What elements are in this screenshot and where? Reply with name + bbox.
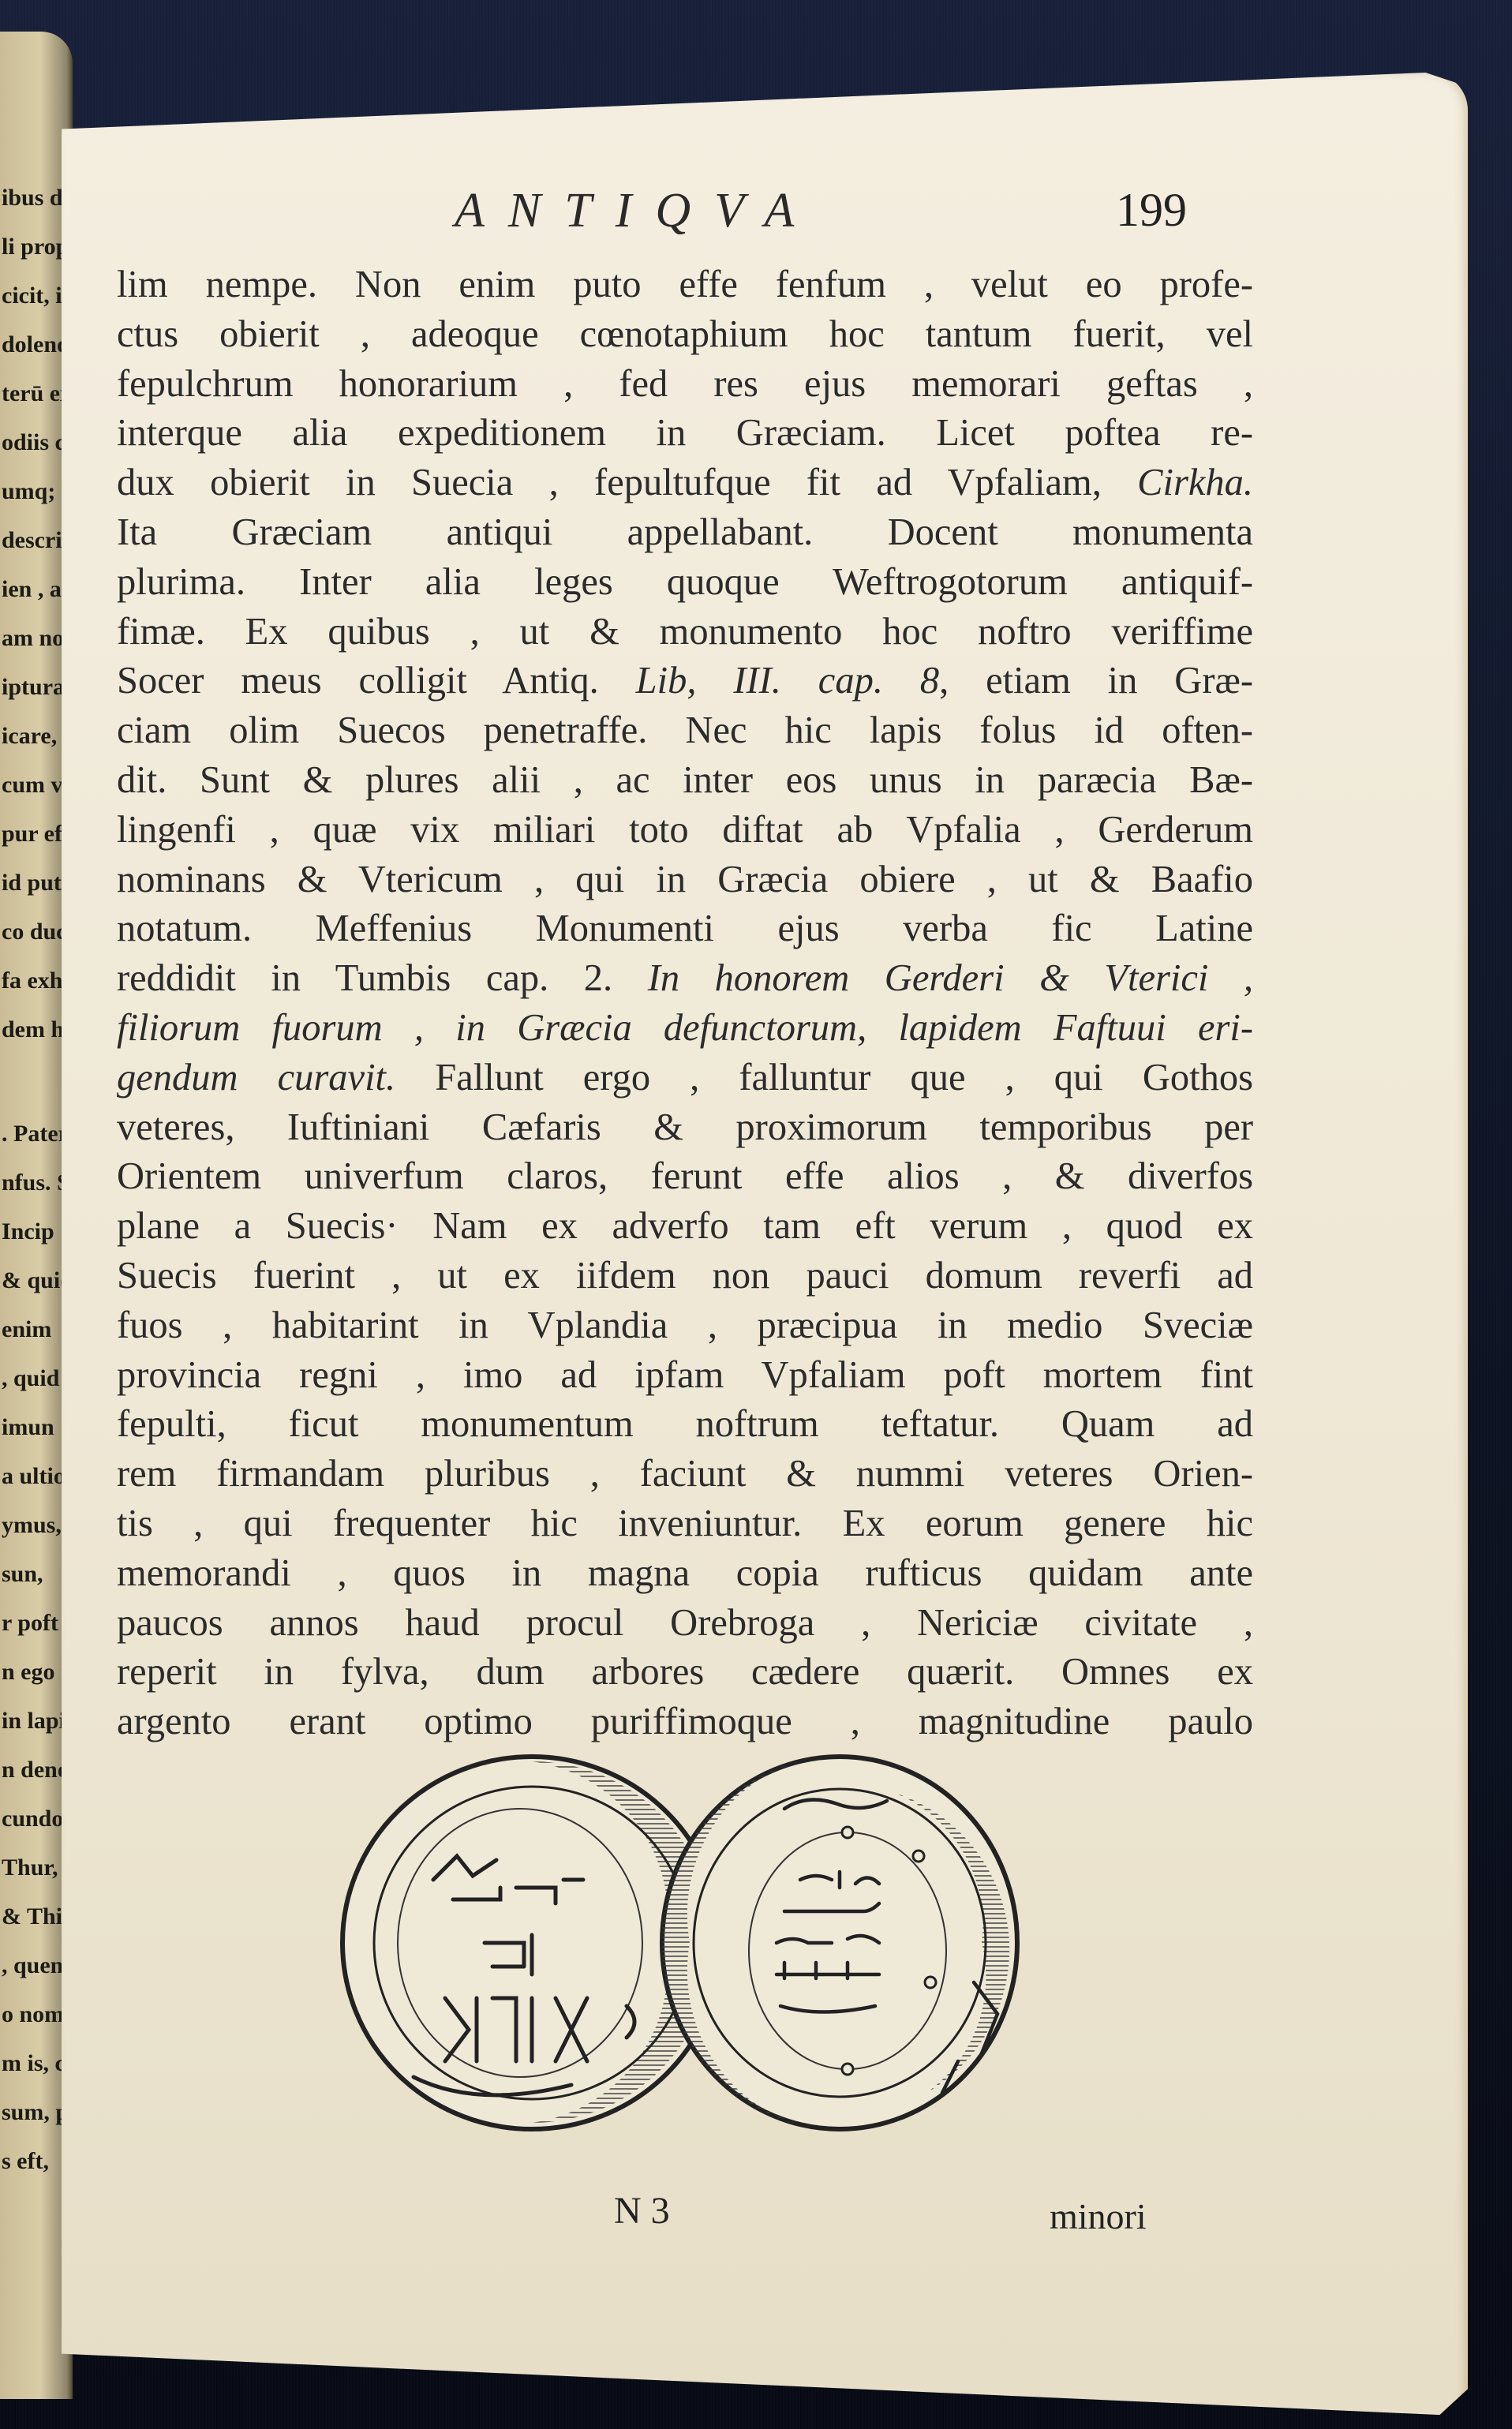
text-segment: tis , qui frequenter hic inveniuntur. Ex… [117,1503,1253,1544]
text-line: ciam olim Suecos penetraffe. Nec hic lap… [117,706,1253,756]
running-head: ANTIQVA 199 [62,183,1468,246]
text-line: ctus obierit , adeoque cœnotaphium hoc t… [117,310,1253,360]
text-segment: fepulti, ficut monumentum noftrum teftat… [117,1403,1253,1445]
right-coin [662,1757,1017,2129]
text-line: Ita Græciam antiqui appellabant. Docent … [117,508,1253,558]
text-segment: filiorum fuorum , in Græcia defunctorum,… [117,1007,1253,1049]
text-segment: fimæ. Ex quibus , ut & monumento hoc nof… [117,611,1253,653]
body-text: lim nempe. Non enim puto effe fenfum , v… [117,260,1253,1747]
text-line: fuos , habitarint in Vplandia , præcipua… [117,1301,1253,1351]
catchword: minori [1050,2195,1147,2237]
running-head-title: ANTIQVA [455,183,818,239]
text-line: veteres, Iuftiniani Cæfaris & proximorum… [117,1103,1253,1153]
text-line: dit. Sunt & plures alii , ac inter eos u… [117,756,1253,806]
text-line: provincia regni , imo ad ipfam Vpfaliam … [117,1351,1253,1401]
signature-mark: N 3 [614,2189,670,2233]
text-line: filiorum fuorum , in Græcia defunctorum,… [117,1004,1253,1054]
text-line: lingenfi , quæ vix miliari toto diftat a… [117,806,1253,855]
text-segment: argento erant optimo puriffimoque , magn… [117,1701,1253,1742]
text-line: tis , qui frequenter hic inveniuntur. Ex… [117,1499,1253,1549]
text-segment: memorandi , quos in magna copia rufticus… [117,1552,1253,1594]
text-line: paucos annos haud procul Orebroga , Neri… [117,1599,1253,1649]
text-line: Socer meus colligit Antiq. Lib, III. cap… [117,657,1253,706]
text-line: fepulti, ficut monumentum noftrum teftat… [117,1400,1253,1450]
text-line: reperit in fylva, dum arbores cædere quæ… [117,1648,1253,1697]
text-line: rem firmandam pluribus , faciunt & nummi… [117,1450,1253,1499]
text-line: argento erant optimo puriffimoque , magn… [117,1697,1253,1747]
text-segment: veteres, Iuftiniani Cæfaris & proximorum… [117,1106,1253,1148]
text-segment: plane a Suecis· Nam ex adverfo tam eft v… [117,1205,1253,1247]
text-line: plane a Suecis· Nam ex adverfo tam eft v… [117,1202,1253,1252]
text-segment: ctus obierit , adeoque cœnotaphium hoc t… [117,313,1253,355]
text-line: dux obierit in Suecia , fepultufque fit … [117,458,1253,508]
text-segment: interque alia expeditionem in Græciam. L… [117,412,1253,454]
text-line: plurima. Inter alia leges quoque Weftrog… [117,558,1253,608]
text-line: notatum. Meffenius Monumenti ejus verba … [117,904,1253,954]
text-segment: paucos annos haud procul Orebroga , Neri… [117,1602,1253,1644]
text-segment: Suecis fuerint , ut ex iifdem non pauci … [117,1255,1253,1297]
coins-engraving-icon [295,1746,1084,2140]
text-segment: nominans & Vtericum , qui in Græcia obie… [117,859,1253,900]
text-segment: ciam olim Suecos penetraffe. Nec hic lap… [117,709,1253,751]
text-line: interque alia expeditionem in Græciam. L… [117,409,1253,458]
text-segment: In honorem Gerderi & Vterici , [648,957,1253,999]
text-segment: dux obierit in Suecia , fepultufque fit … [117,462,1137,503]
text-line: Suecis fuerint , ut ex iifdem non pauci … [117,1252,1253,1301]
text-segment: provincia regni , imo ad ipfam Vpfaliam … [117,1354,1253,1396]
text-segment: notatum. Meffenius Monumenti ejus verba … [117,908,1253,949]
coin-illustration [295,1746,1084,2140]
text-line: gendum curavit. Fallunt ergo , falluntur… [117,1054,1253,1103]
book-page: ANTIQVA 199 lim nempe. Non enim puto eff… [62,73,1468,2424]
text-segment: reddidit in Tumbis cap. 2. [117,957,648,999]
text-segment: lim nempe. Non enim puto effe fenfum , v… [117,264,1253,305]
text-segment: Fallunt ergo , falluntur que , qui Gotho… [395,1057,1253,1098]
text-segment: Lib, III. cap. 8 [636,660,939,702]
text-line: memorandi , quos in magna copia rufticus… [117,1549,1253,1599]
text-segment: rem firmandam pluribus , faciunt & nummi… [117,1453,1253,1495]
text-line: reddidit in Tumbis cap. 2. In honorem Ge… [117,954,1253,1004]
text-segment: , etiam in Græ- [939,660,1253,702]
text-segment: Socer meus colligit Antiq. [117,660,636,702]
text-line: fepulchrum honorarium , fed res ejus mem… [117,360,1253,410]
text-segment: Ita Græciam antiqui appellabant. Docent … [117,511,1253,553]
text-line: Orientem univerfum claros, ferunt effe a… [117,1152,1253,1202]
page-number: 199 [1116,183,1187,238]
text-segment: fuos , habitarint in Vplandia , præcipua… [117,1304,1253,1346]
text-segment: Cirkha. [1137,462,1253,503]
text-segment: gendum curavit. [117,1057,395,1098]
text-segment: dit. Sunt & plures alii , ac inter eos u… [117,759,1253,801]
text-segment: plurima. Inter alia leges quoque Weftrog… [117,561,1253,603]
text-line: nominans & Vtericum , qui in Græcia obie… [117,855,1253,905]
text-segment: fepulchrum honorarium , fed res ejus mem… [117,363,1253,405]
text-line: fimæ. Ex quibus , ut & monumento hoc nof… [117,608,1253,657]
text-segment: Orientem univerfum claros, ferunt effe a… [117,1155,1253,1197]
text-segment: lingenfi , quæ vix miliari toto diftat a… [117,809,1253,851]
text-line: lim nempe. Non enim puto effe fenfum , v… [117,260,1253,310]
text-segment: reperit in fylva, dum arbores cædere quæ… [117,1651,1253,1693]
